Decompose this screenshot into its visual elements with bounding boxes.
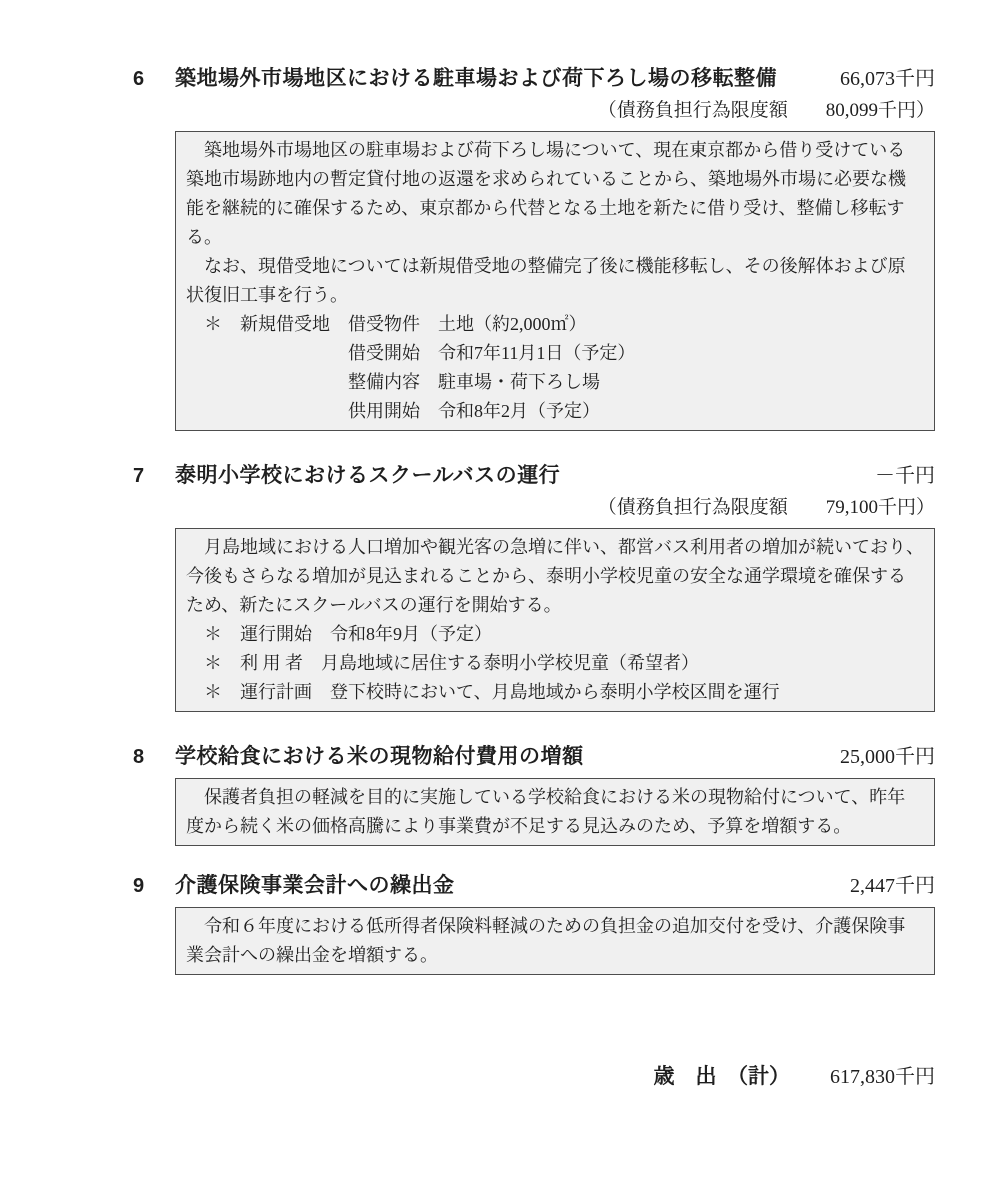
section-heading-row: 8学校給食における米の現物給付費用の増額25,000千円 xyxy=(133,744,935,770)
description-line: 借受開始 令和7年11月1日（予定） xyxy=(186,339,924,368)
section-amount: 66,073千円 xyxy=(840,66,935,92)
section-number: 7 xyxy=(133,463,175,489)
description-line: 度から続く米の価格高騰により事業費が不足する見込みのため、予算を増額する。 xyxy=(186,812,924,841)
description-line: 整備内容 駐車場・荷下ろし場 xyxy=(186,368,924,397)
description-line: 保護者負担の軽減を目的に実施している学校給食における米の現物給付について、昨年 xyxy=(186,783,924,812)
budget-sections: 6築地場外市場地区における駐車場および荷下ろし場の移転整備66,073千円（債務… xyxy=(133,66,935,975)
description-box: 令和６年度における低所得者保険料軽減のための負担金の追加交付を受け、介護保険事業… xyxy=(175,907,935,975)
description-box: 月島地域における人口増加や観光客の急増に伴い、都営バス利用者の増加が続いており、… xyxy=(175,528,935,712)
description-line: 令和６年度における低所得者保険料軽減のための負担金の追加交付を受け、介護保険事 xyxy=(186,912,924,941)
debt-limit-note: （債務負担行為限度額 80,099千円） xyxy=(133,98,935,123)
description-line: 月島地域における人口増加や観光客の急増に伴い、都営バス利用者の増加が続いており、 xyxy=(186,533,924,562)
description-line: 能を継続的に確保するため、東京都から代替となる土地を新たに借り受け、整備し移転す xyxy=(186,194,924,223)
budget-section: 6築地場外市場地区における駐車場および荷下ろし場の移転整備66,073千円（債務… xyxy=(133,66,935,431)
description-line: 状復旧工事を行う。 xyxy=(186,281,924,310)
description-line: 供用開始 令和8年2月（予定） xyxy=(186,397,924,426)
section-amount: 2,447千円 xyxy=(850,873,935,899)
debt-limit-note: （債務負担行為限度額 79,100千円） xyxy=(133,495,935,520)
section-heading-row: 9介護保険事業会計への繰出金2,447千円 xyxy=(133,873,935,899)
section-number: 8 xyxy=(133,744,175,770)
total-label: 歳 出 （計） xyxy=(654,1065,791,1088)
description-line: ＊ 運行開始 令和8年9月（予定） xyxy=(186,620,924,649)
section-title: 築地場外市場地区における駐車場および荷下ろし場の移転整備 xyxy=(175,66,840,92)
description-line: なお、現借受地については新規借受地の整備完了後に機能移転し、その後解体および原 xyxy=(186,252,924,281)
description-line: 今後もさらなる増加が見込まれることから、泰明小学校児童の安全な通学環境を確保する xyxy=(186,562,924,591)
description-box: 築地場外市場地区の駐車場および荷下ろし場について、現在東京都から借り受けている築… xyxy=(175,131,935,431)
total-row: 歳 出 （計）617,830千円 xyxy=(133,1035,935,1121)
section-number: 6 xyxy=(133,66,175,92)
budget-document-page: 6築地場外市場地区における駐車場および荷下ろし場の移転整備66,073千円（債務… xyxy=(0,0,994,1200)
section-amount: －千円 xyxy=(875,463,935,489)
description-line: ため、新たにスクールバスの運行を開始する。 xyxy=(186,591,924,620)
budget-section: 7泰明小学校におけるスクールバスの運行－千円（債務負担行為限度額 79,100千… xyxy=(133,463,935,712)
description-line: 築地場外市場地区の駐車場および荷下ろし場について、現在東京都から借り受けている xyxy=(186,136,924,165)
section-amount: 25,000千円 xyxy=(840,744,935,770)
description-line: ＊ 利 用 者 月島地域に居住する泰明小学校児童（希望者） xyxy=(186,649,924,678)
description-line: ＊ 新規借受地 借受物件 土地（約2,000㎡） xyxy=(186,310,924,339)
section-number: 9 xyxy=(133,873,175,899)
budget-section: 9介護保険事業会計への繰出金2,447千円 令和６年度における低所得者保険料軽減… xyxy=(133,873,935,975)
total-amount: 617,830千円 xyxy=(830,1066,935,1088)
description-line: る。 xyxy=(186,223,924,252)
budget-section: 8学校給食における米の現物給付費用の増額25,000千円 保護者負担の軽減を目的… xyxy=(133,744,935,846)
section-title: 学校給食における米の現物給付費用の増額 xyxy=(175,744,840,770)
section-heading-row: 7泰明小学校におけるスクールバスの運行－千円 xyxy=(133,463,935,489)
description-line: 築地市場跡地内の暫定貸付地の返還を求められていることから、築地場外市場に必要な機 xyxy=(186,165,924,194)
description-box: 保護者負担の軽減を目的に実施している学校給食における米の現物給付について、昨年度… xyxy=(175,778,935,846)
section-title: 介護保険事業会計への繰出金 xyxy=(175,873,850,899)
section-heading-row: 6築地場外市場地区における駐車場および荷下ろし場の移転整備66,073千円 xyxy=(133,66,935,92)
section-title: 泰明小学校におけるスクールバスの運行 xyxy=(175,463,875,489)
description-line: ＊ 運行計画 登下校時において、月島地域から泰明小学校区間を運行 xyxy=(186,678,924,707)
description-line: 業会計への繰出金を増額する。 xyxy=(186,941,924,970)
